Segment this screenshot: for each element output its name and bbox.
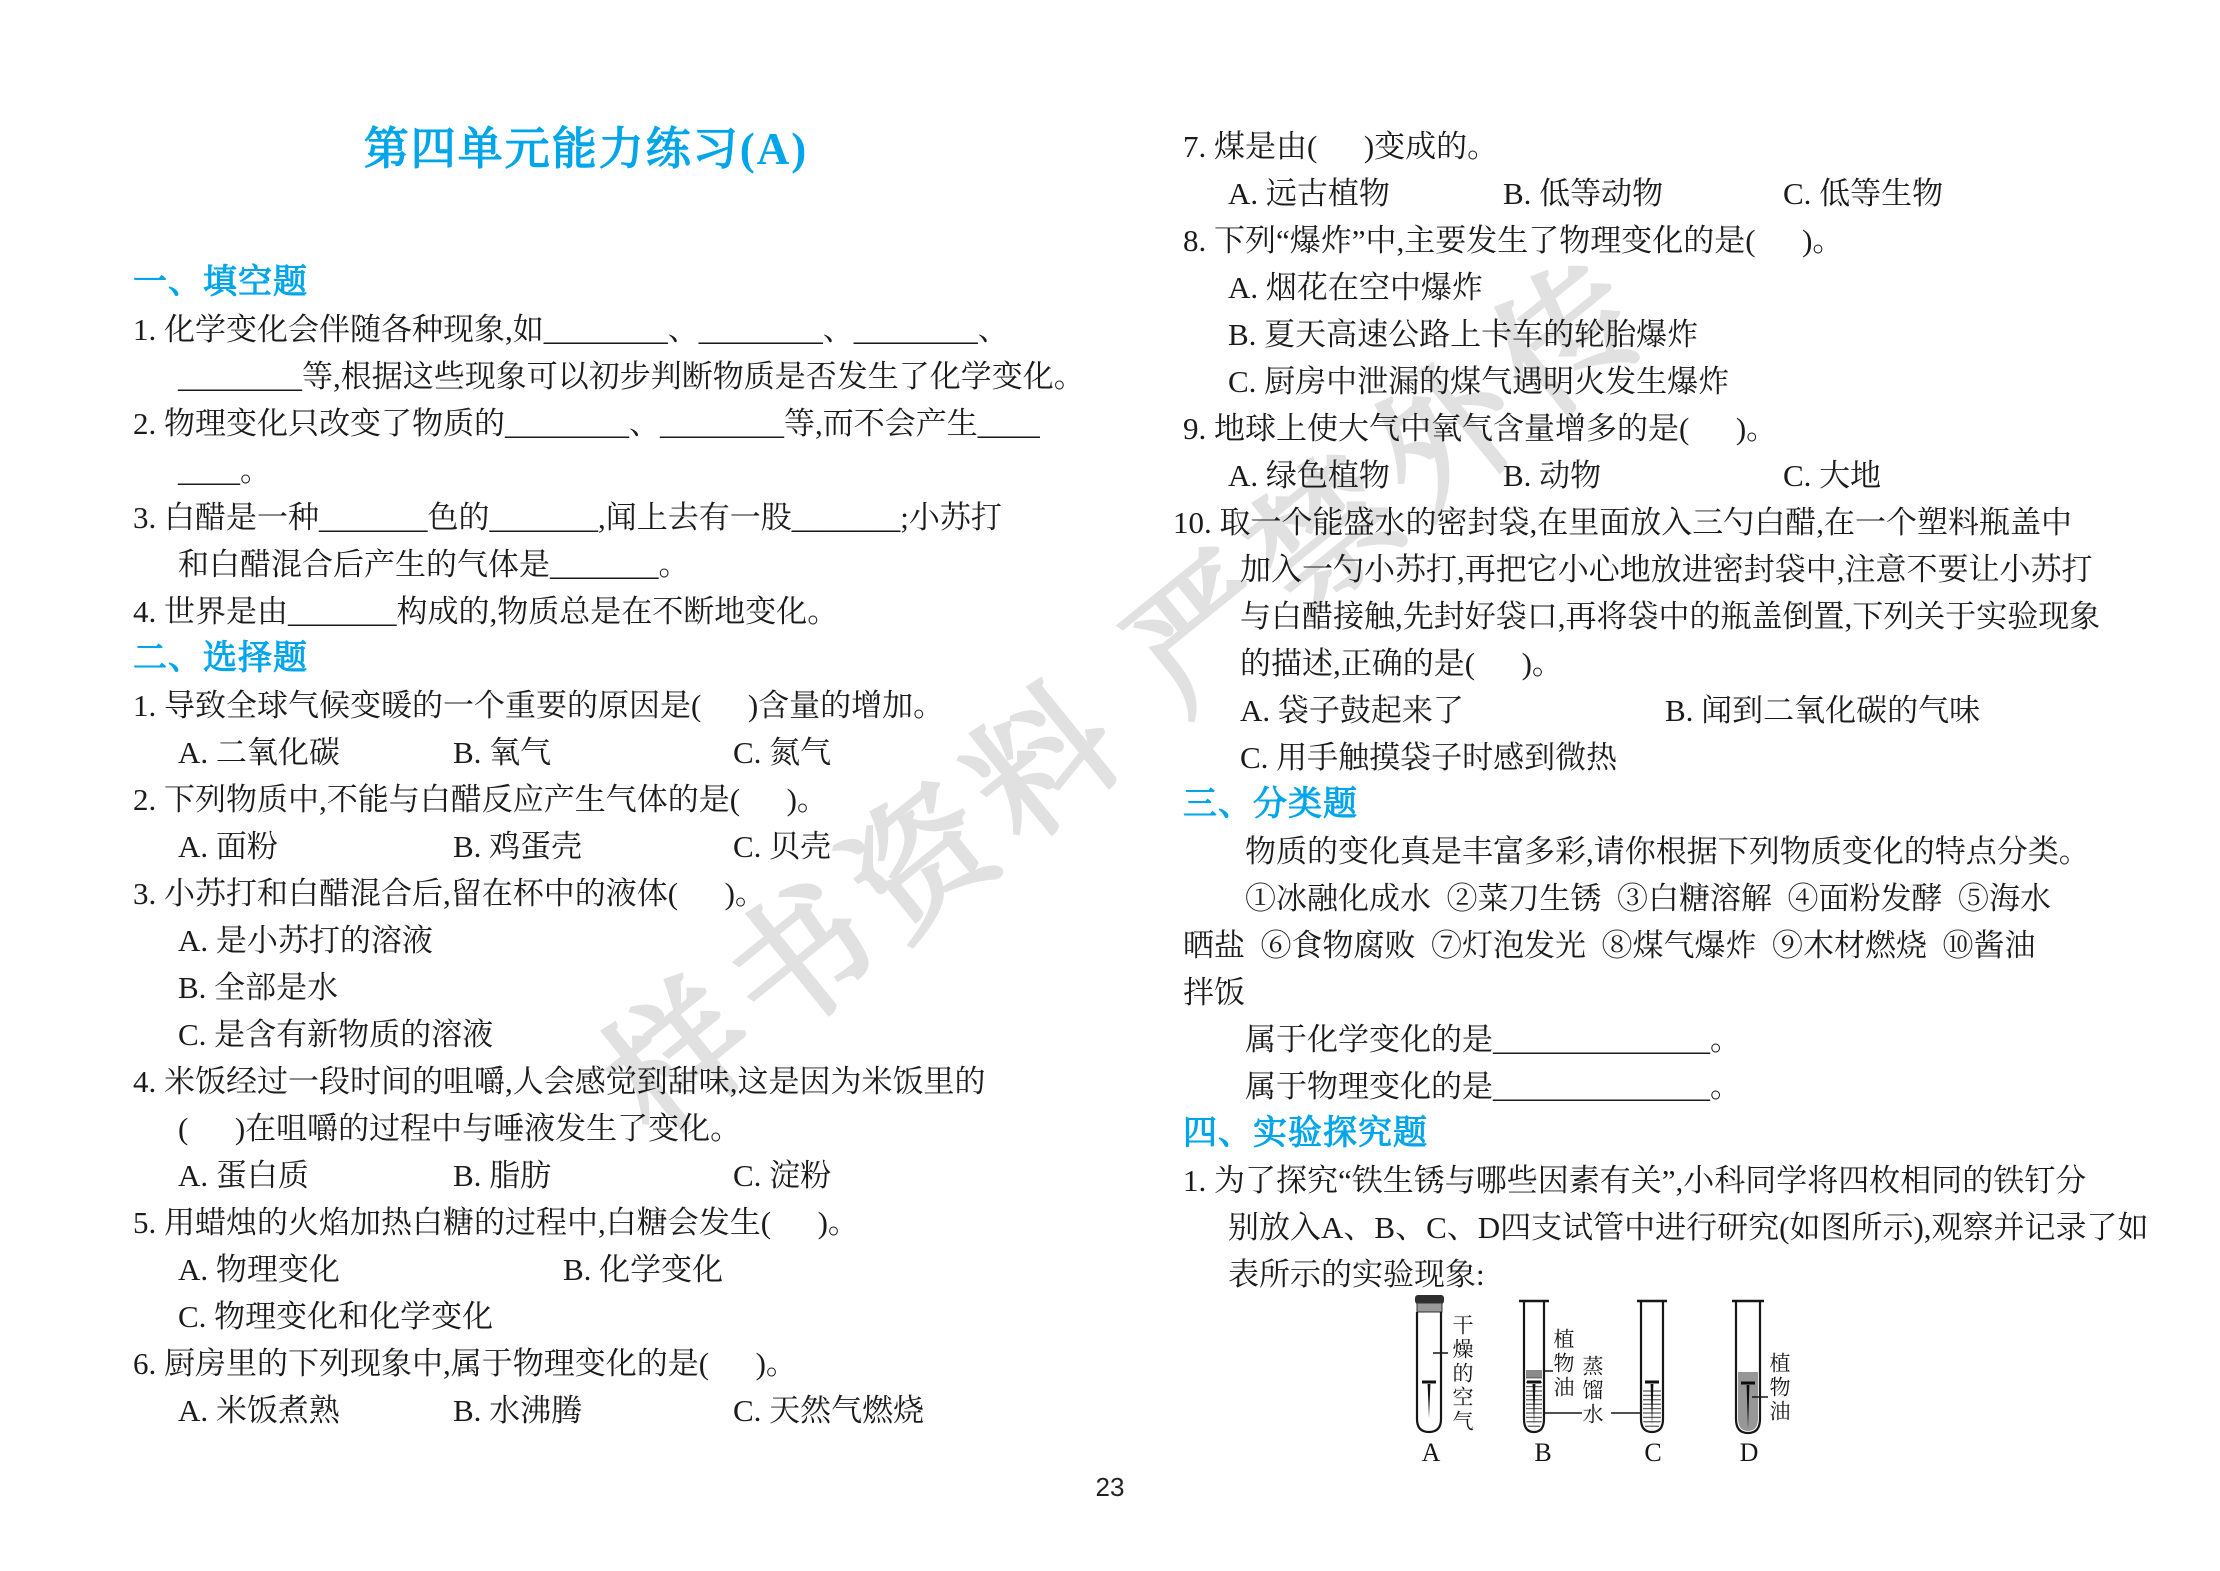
text-line: 9. 地球上使大气中氧气含量增多的是( )。 bbox=[1183, 405, 2089, 452]
answer-option: B. 氧气 bbox=[453, 729, 551, 776]
text-line: ________等,根据这些现象可以初步判断物质是否发生了化学变化。 bbox=[133, 353, 1039, 400]
tube-letter-c: C bbox=[1642, 1438, 1664, 1468]
text-line: 2. 下列物质中,不能与白醋反应产生气体的是( )。 bbox=[133, 776, 1039, 823]
text-line: 拌饭 bbox=[1183, 969, 2089, 1016]
answer-option: B. 脂肪 bbox=[453, 1152, 551, 1199]
answer-option: C. 低等生物 bbox=[1783, 170, 1943, 217]
text-line: 别放入A、B、C、D四支试管中进行研究(如图所示),观察并记录了如 bbox=[1183, 1204, 2089, 1251]
text-line: 10. 取一个能盛水的密封袋,在里面放入三勺白醋,在一个塑料瓶盖中 bbox=[1173, 499, 2089, 546]
answer-option: C. 大地 bbox=[1783, 452, 1881, 499]
text-line: C. 物理变化和化学变化 bbox=[133, 1293, 1039, 1340]
text-line: B. 全部是水 bbox=[133, 964, 1039, 1011]
answer-option: A. 袋子鼓起来了 bbox=[1240, 687, 1464, 734]
text-line: 1. 导致全球气候变暖的一个重要的原因是( )含量的增加。 bbox=[133, 682, 1039, 729]
text-line: A. 米饭煮熟B. 水沸腾C. 天然气燃烧 bbox=[133, 1387, 1039, 1434]
text-line: A. 蛋白质B. 脂肪C. 淀粉 bbox=[133, 1152, 1039, 1199]
text-line: 晒盐 ⑥食物腐败 ⑦灯泡发光 ⑧煤气爆炸 ⑨木材燃烧 ⑩酱油 bbox=[1183, 922, 2089, 969]
text-line: 表所示的实验现象: bbox=[1183, 1251, 2089, 1298]
text-line: 5. 用蜡烛的火焰加热白糖的过程中,白糖会发生( )。 bbox=[133, 1199, 1039, 1246]
answer-option: B. 鸡蛋壳 bbox=[453, 823, 582, 870]
text-line: 8. 下列“爆炸”中,主要发生了物理变化的是( )。 bbox=[1183, 217, 2089, 264]
text-line: 与白醋接触,先封好袋口,再将袋中的瓶盖倒置,下列关于实验现象 bbox=[1183, 593, 2089, 640]
tube-letter-b: B bbox=[1532, 1438, 1554, 1468]
text-line: 3. 小苏打和白醋混合后,留在杯中的液体( )。 bbox=[133, 870, 1039, 917]
test-tube-diagram: 干燥的空气 植物油 蒸馏水 植物油 A B C D bbox=[1380, 1292, 1850, 1477]
answer-option: A. 远古植物 bbox=[1228, 170, 1390, 217]
text-line: 2. 物理变化只改变了物质的________、________等,而不会产生__… bbox=[133, 400, 1039, 447]
text-line: A. 袋子鼓起来了B. 闻到二氧化碳的气味 bbox=[1183, 687, 2089, 734]
text-line: 6. 厨房里的下列现象中,属于物理变化的是( )。 bbox=[133, 1340, 1039, 1387]
text-line: 4. 米饭经过一段时间的咀嚼,人会感觉到甜味,这是因为米饭里的 bbox=[133, 1058, 1039, 1105]
section-header: 四、实验探究题 bbox=[1183, 1110, 2089, 1157]
answer-option: A. 面粉 bbox=[178, 823, 278, 870]
text-line: ( )在咀嚼的过程中与唾液发生了变化。 bbox=[133, 1105, 1039, 1152]
nail-a-shaft bbox=[1428, 1384, 1431, 1418]
tube-letter-a: A bbox=[1420, 1438, 1442, 1468]
text-line: 4. 世界是由_______构成的,物质总是在不断地变化。 bbox=[133, 588, 1039, 635]
stopper-body bbox=[1417, 1303, 1442, 1312]
text-line: 1. 化学变化会伴随各种现象,如________、________、______… bbox=[133, 306, 1039, 353]
text-line: A. 物理变化B. 化学变化 bbox=[133, 1246, 1039, 1293]
text-line: A. 是小苏打的溶液 bbox=[133, 917, 1039, 964]
text-line: 属于物理变化的是______________。 bbox=[1183, 1063, 2089, 1110]
text-line: B. 夏天高速公路上卡车的轮胎爆炸 bbox=[1183, 311, 2089, 358]
text-line: A. 二氧化碳B. 氧气C. 氮气 bbox=[133, 729, 1039, 776]
answer-option: A. 绿色植物 bbox=[1228, 452, 1390, 499]
text-line: 和白醋混合后产生的气体是_______。 bbox=[133, 541, 1039, 588]
answer-option: C. 氮气 bbox=[733, 729, 831, 776]
answer-option: B. 闻到二氧化碳的气味 bbox=[1665, 687, 1980, 734]
answer-option: A. 蛋白质 bbox=[178, 1152, 309, 1199]
answer-option: B. 动物 bbox=[1503, 452, 1601, 499]
text-line: A. 烟花在空中爆炸 bbox=[1183, 264, 2089, 311]
text-line: 3. 白醋是一种_______色的_______,闻上去有一股_______;小… bbox=[133, 494, 1039, 541]
text-line: 物质的变化真是丰富多彩,请你根据下列物质变化的特点分类。 bbox=[1183, 828, 2089, 875]
dry-air-label: 干燥的空气 bbox=[1450, 1314, 1474, 1434]
section-header: 三、分类题 bbox=[1183, 781, 2089, 828]
left-column: 一、填空题1. 化学变化会伴随各种现象,如________、________、_… bbox=[133, 259, 1039, 1434]
answer-option: C. 贝壳 bbox=[733, 823, 831, 870]
text-line: A. 绿色植物B. 动物C. 大地 bbox=[1183, 452, 2089, 499]
right-column: 7. 煤是由( )变成的。A. 远古植物B. 低等动物C. 低等生物8. 下列“… bbox=[1183, 123, 2089, 1298]
tube-c bbox=[1611, 1301, 1667, 1432]
veg-oil-label-b: 植物油 bbox=[1551, 1328, 1575, 1400]
text-line: 属于化学变化的是______________。 bbox=[1183, 1016, 2089, 1063]
worksheet-page: 样书资料 严禁外传 第四单元能力练习(A) 一、填空题1. 化学变化会伴随各种现… bbox=[0, 0, 2220, 1571]
tube-d bbox=[1732, 1301, 1768, 1433]
text-line: C. 厨房中泄漏的煤气遇明火发生爆炸 bbox=[1183, 358, 2089, 405]
veg-oil-label-d: 植物油 bbox=[1767, 1352, 1791, 1424]
oil-layer-b bbox=[1526, 1370, 1542, 1377]
text-line: 1. 为了探究“铁生锈与哪些因素有关”,小科同学将四枚相同的铁钉分 bbox=[1183, 1157, 2089, 1204]
answer-option: B. 低等动物 bbox=[1503, 170, 1663, 217]
distilled-water-label: 蒸馏水 bbox=[1580, 1355, 1604, 1427]
tube-letter-d: D bbox=[1738, 1438, 1760, 1468]
answer-option: A. 米饭煮熟 bbox=[178, 1387, 340, 1434]
tube-a bbox=[1415, 1295, 1448, 1432]
answer-option: A. 物理变化 bbox=[178, 1246, 340, 1293]
text-line: A. 远古植物B. 低等动物C. 低等生物 bbox=[1183, 170, 2089, 217]
section-header: 一、填空题 bbox=[133, 259, 1039, 306]
section-header: 二、选择题 bbox=[133, 635, 1039, 682]
text-line: 的描述,正确的是( )。 bbox=[1183, 640, 2089, 687]
page-title: 第四单元能力练习(A) bbox=[133, 112, 1039, 177]
answer-option: C. 淀粉 bbox=[733, 1152, 831, 1199]
answer-option: A. 二氧化碳 bbox=[178, 729, 340, 776]
answer-option: C. 天然气燃烧 bbox=[733, 1387, 924, 1434]
text-line: C. 是含有新物质的溶液 bbox=[133, 1011, 1039, 1058]
page-number: 23 bbox=[1070, 1472, 1150, 1503]
answer-option: B. 化学变化 bbox=[563, 1246, 723, 1293]
text-line: C. 用手触摸袋子时感到微热 bbox=[1183, 734, 2089, 781]
text-line: ____。 bbox=[133, 447, 1039, 494]
text-line: 7. 煤是由( )变成的。 bbox=[1183, 123, 2089, 170]
answer-option: B. 水沸腾 bbox=[453, 1387, 582, 1434]
text-line: ①冰融化成水 ②菜刀生锈 ③白糖溶解 ④面粉发酵 ⑤海水 bbox=[1183, 875, 2089, 922]
text-line: A. 面粉B. 鸡蛋壳C. 贝壳 bbox=[133, 823, 1039, 870]
text-line: 加入一勺小苏打,再把它小心地放进密封袋中,注意不要让小苏打 bbox=[1183, 546, 2089, 593]
